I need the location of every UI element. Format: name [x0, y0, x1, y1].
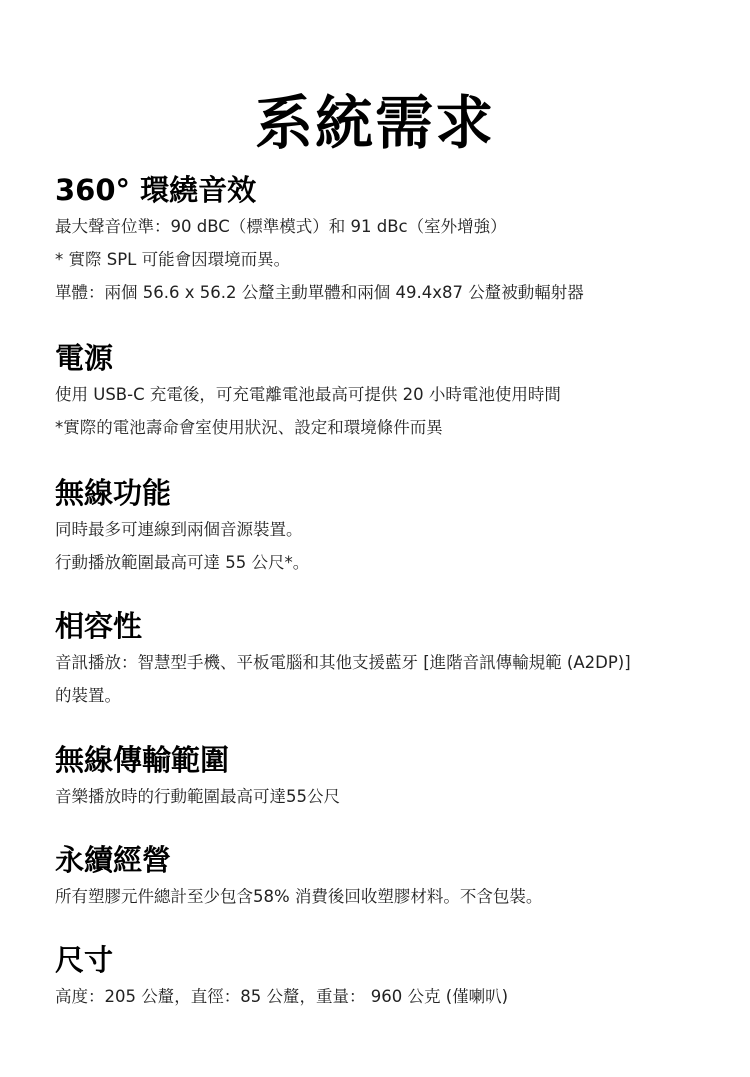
spec-line: 使用 USB-C 充電後，可充電離電池最高可提供 20 小時電池使用時間: [55, 378, 720, 411]
spec-line: 的裝置。: [55, 679, 720, 712]
spec-line: 音訊播放：智慧型手機、平板電腦和其他支援藍牙 [進階音訊傳輸規範 (A2DP)]: [55, 646, 720, 679]
section-heading: 相容性: [55, 606, 720, 646]
section-surround-sound: 360° 環繞音效 最大聲音位準：90 dBC（標準模式）和 91 dBc（室外…: [55, 170, 720, 309]
section-wireless-range: 無線傳輸範圍 音樂播放時的行動範圍最高可達55公尺: [55, 740, 720, 813]
section-sustainability: 永續經營 所有塑膠元件總計至少包含58% 消費後回收塑膠材料。不含包裝。: [55, 840, 720, 913]
spec-line: 行動播放範圍最高可達 55 公尺*。: [55, 546, 720, 579]
spec-line: 單體：兩個 56.6 x 56.2 公釐主動單體和兩個 49.4x87 公釐被動…: [55, 276, 720, 309]
section-compatibility: 相容性 音訊播放：智慧型手機、平板電腦和其他支援藍牙 [進階音訊傳輸規範 (A2…: [55, 606, 720, 712]
spec-line: 所有塑膠元件總計至少包含58% 消費後回收塑膠材料。不含包裝。: [55, 880, 720, 913]
section-heading: 360° 環繞音效: [55, 170, 720, 210]
section-heading: 電源: [55, 338, 720, 378]
spec-line: 最大聲音位準：90 dBC（標準模式）和 91 dBc（室外增強）: [55, 210, 720, 243]
section-power: 電源 使用 USB-C 充電後，可充電離電池最高可提供 20 小時電池使用時間 …: [55, 338, 720, 444]
section-heading: 無線傳輸範圍: [55, 740, 720, 780]
spec-line: * 實際 SPL 可能會因環境而異。: [55, 243, 720, 276]
spec-line: 同時最多可連線到兩個音源裝置。: [55, 513, 720, 546]
page-title: 系統需求: [0, 87, 750, 159]
section-heading: 永續經營: [55, 840, 720, 880]
section-heading: 尺寸: [55, 940, 720, 980]
spec-line: 高度：205 公釐，直徑：85 公釐，重量： 960 公克 (僅喇叭): [55, 980, 720, 1013]
section-heading: 無線功能: [55, 473, 720, 513]
section-dimensions: 尺寸 高度：205 公釐，直徑：85 公釐，重量： 960 公克 (僅喇叭): [55, 940, 720, 1013]
section-wireless-features: 無線功能 同時最多可連線到兩個音源裝置。 行動播放範圍最高可達 55 公尺*。: [55, 473, 720, 579]
spec-line: *實際的電池壽命會室使用狀況、設定和環境條件而異: [55, 411, 720, 444]
spec-line: 音樂播放時的行動範圍最高可達55公尺: [55, 780, 720, 813]
